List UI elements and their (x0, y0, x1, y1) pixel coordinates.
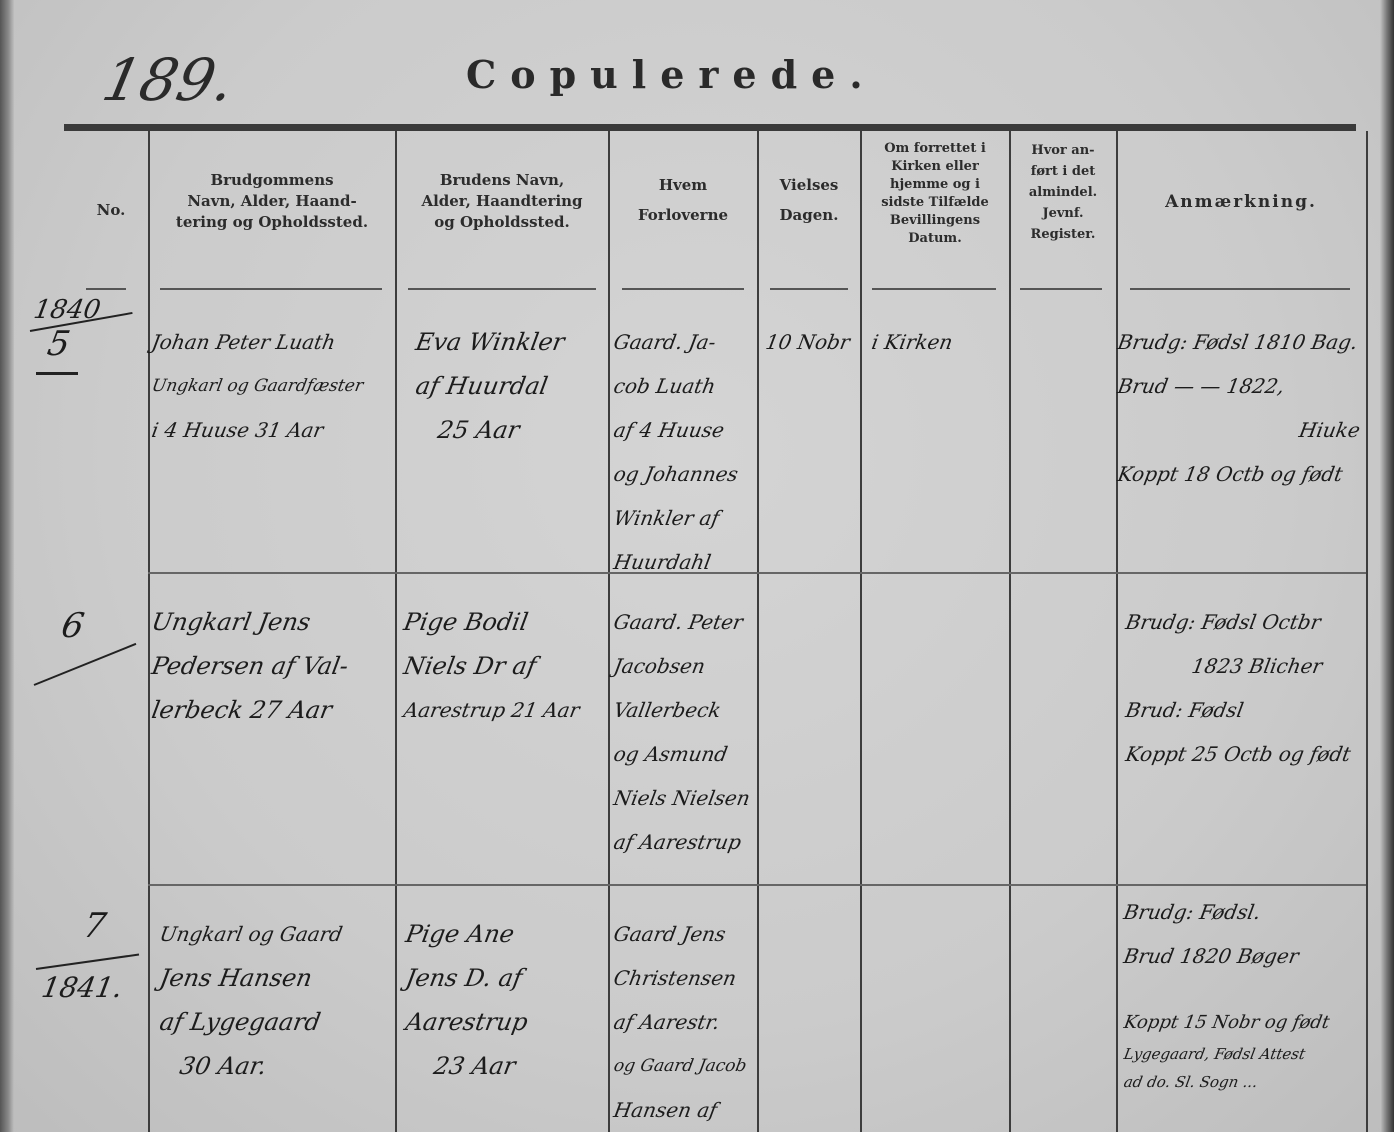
bride-line: 25 Aar (412, 408, 610, 452)
header-line: og Opholdssted. (397, 212, 607, 233)
witness-line: Gaard. Ja- (610, 320, 760, 364)
remark-line: Hiuke (1114, 408, 1368, 452)
column-header-place: Om forrettet i Kirken eller hjemme og i … (862, 140, 1008, 248)
header-line: Hvor an- (1011, 140, 1115, 161)
witnesses-cell: Gaard Jens Christensen af Aarestr. og Ga… (614, 912, 756, 1132)
bride-cell: Pige Bodil Niels Dr af Aarestrup 21 Aar (404, 600, 606, 732)
column-header-register: Hvor an- ført i det almindel. Jevnf. Reg… (1011, 140, 1115, 245)
witness-line: Huurdahl (610, 540, 760, 584)
column-header-date: Vielses Dagen. (759, 170, 859, 230)
header-rule (64, 124, 1356, 131)
register-page: 189. Copulerede. No. Brudgommens Navn, A… (0, 0, 1394, 1132)
header-line: Navn, Alder, Haand- (150, 191, 394, 212)
groom-cell: Ungkarl Jens Pedersen af Val- lerbeck 27… (152, 600, 394, 732)
witness-line: Jacobsen (610, 644, 760, 688)
witnesses-cell: Gaard. Ja- cob Luath af 4 Huuse og Johan… (614, 320, 756, 584)
groom-line: Ungkarl Jens (148, 600, 398, 644)
witness-line: Winkler af (610, 496, 760, 540)
remarks-cell: Brudg: Fødsl Octbr 1823 Blicher Brud: Fø… (1126, 600, 1364, 776)
header-underline (408, 288, 596, 290)
header-line: tering og Opholdssted. (150, 212, 394, 233)
entry-year: 1841. (38, 966, 126, 1010)
groom-line: lerbeck 27 Aar (148, 688, 398, 732)
remark-line: Koppt 18 Octb og født (1114, 452, 1368, 496)
header-line: almindel. (1011, 182, 1115, 203)
bride-line: Aarestrup (402, 1000, 610, 1044)
page-number: 189. (97, 46, 241, 114)
witness-line: og Gaard Jacob (610, 1044, 760, 1088)
groom-line: Pedersen af Val- (148, 644, 398, 688)
remark-line: Brud 1820 Bøger (1120, 934, 1368, 978)
header-underline (622, 288, 744, 290)
witness-line: af Aarestrup (610, 820, 760, 864)
column-header-groom: Brudgommens Navn, Alder, Haand- tering o… (150, 170, 394, 233)
bride-line: af Huurdal (412, 364, 610, 408)
column-header-label: No. (97, 201, 126, 219)
bride-cell: Pige Ane Jens D. af Aarestrup 23 Aar (406, 912, 606, 1088)
remarks-cell: Brudg: Fødsl 1810 Bag. Brud — — 1822, Hi… (1118, 320, 1364, 496)
column-divider (1009, 131, 1011, 1132)
header-line: ført i det (1011, 161, 1115, 182)
remark-line: Brudg: Fødsl 1810 Bag. (1114, 320, 1368, 364)
column-header-bride: Brudens Navn, Alder, Haandtering og Opho… (397, 170, 607, 233)
header-line: Brudens Navn, (397, 170, 607, 191)
remark-line: Brud: Fødsl (1122, 688, 1368, 732)
bride-cell: Eva Winkler af Huurdal 25 Aar (416, 320, 606, 452)
bride-line: Niels Dr af (400, 644, 610, 688)
header-underline (1130, 288, 1350, 290)
groom-cell: Johan Peter Luath Ungkarl og Gaardfæster… (152, 320, 394, 452)
remark-line: 1823 Blicher (1122, 644, 1368, 688)
groom-line: Jens Hansen (156, 956, 398, 1000)
witness-line: og Asmund (610, 732, 760, 776)
entry-number-underline (36, 372, 78, 375)
bride-line: Jens D. af (402, 956, 610, 1000)
row-separator (148, 572, 1366, 574)
book-spine (0, 0, 14, 1132)
header-line: hjemme og i (862, 176, 1008, 194)
header-line: Bevillingens (862, 212, 1008, 230)
bride-line: Eva Winkler (412, 320, 610, 364)
header-underline (770, 288, 848, 290)
witness-line: af Aarestr. (610, 1000, 760, 1044)
witness-line: Niels Nielsen (610, 776, 760, 820)
column-divider (860, 131, 862, 1132)
header-line: Hvem (610, 170, 756, 200)
header-underline (1020, 288, 1102, 290)
groom-line: af Lygegaard (156, 1000, 398, 1044)
remark-line: Lygegaard, Fødsl Attest (1122, 1040, 1367, 1068)
remark-line: Brudg: Fødsl Octbr (1122, 600, 1368, 644)
header-line: Jevnf. (1011, 203, 1115, 224)
ceremony-place: i Kirken (868, 320, 956, 364)
bride-line: Pige Ane (402, 912, 610, 956)
column-divider (757, 131, 759, 1132)
bride-line: Pige Bodil (400, 600, 610, 644)
remark-line: Koppt 15 Nobr og født (1121, 1006, 1367, 1040)
witness-line: og Johannes (610, 452, 760, 496)
header-line: Kirken eller (862, 158, 1008, 176)
column-divider (608, 131, 610, 1132)
column-divider (1366, 131, 1368, 1132)
groom-line: i 4 Huuse 31 Aar (148, 408, 398, 452)
remark-line: Koppt 25 Octb og født (1122, 732, 1368, 776)
bride-line: Aarestrup 21 Aar (400, 688, 610, 732)
header-line: Forloverne (610, 200, 756, 230)
witness-line: af 4 Huuse (610, 408, 760, 452)
header-line: Vielses (759, 170, 859, 200)
header-line: Om forrettet i (862, 140, 1008, 158)
wedding-date: 10 Nobr (762, 320, 853, 364)
witness-line: Gaard Jens (610, 912, 760, 956)
entry-number: 6 (58, 604, 87, 648)
header-line: Register. (1011, 224, 1115, 245)
witness-line: Vallerbeck (610, 688, 760, 732)
column-divider (395, 131, 397, 1132)
page-edge (1380, 0, 1394, 1132)
groom-line: Ungkarl og Gaard (156, 912, 398, 956)
groom-cell: Ungkarl og Gaard Jens Hansen af Lygegaar… (160, 912, 394, 1088)
header-line: Brudgommens (150, 170, 394, 191)
header-line: Datum. (862, 230, 1008, 248)
bride-line: 23 Aar (402, 1044, 610, 1088)
remark-line: Brud — — 1822, (1114, 364, 1368, 408)
witness-line: cob Luath (610, 364, 760, 408)
remark-line: ad do. Sl. Sogn ... (1122, 1068, 1367, 1096)
witness-line: Gaard. Peter (610, 600, 760, 644)
header-line: sidste Tilfælde (862, 194, 1008, 212)
row-separator (148, 884, 1366, 886)
witness-line: Hansen af (610, 1088, 760, 1132)
remark-line: Brudg: Fødsl. (1120, 890, 1368, 934)
header-line: Alder, Haandtering (397, 191, 607, 212)
header-line: Dagen. (759, 200, 859, 230)
witnesses-cell: Gaard. Peter Jacobsen Vallerbeck og Asmu… (614, 600, 756, 864)
entry-number: 7 (80, 904, 109, 948)
groom-line: Ungkarl og Gaardfæster (148, 364, 398, 408)
entry-number-rule (34, 643, 137, 686)
column-divider (1116, 131, 1118, 1132)
groom-line: 30 Aar. (156, 1044, 398, 1088)
page-title: Copulerede. (466, 52, 877, 97)
header-line: Anmærkning. (1165, 192, 1317, 212)
column-header-witnesses: Hvem Forloverne (610, 170, 756, 230)
header-underline (160, 288, 382, 290)
column-header-no: No. (76, 200, 146, 221)
remarks-cell: Brudg: Fødsl. Brud 1820 Bøger Koppt 15 N… (1124, 890, 1364, 1096)
column-header-remarks: Anmærkning. (1118, 192, 1364, 213)
groom-line: Johan Peter Luath (148, 320, 398, 364)
witness-line: Christensen (610, 956, 760, 1000)
header-underline (872, 288, 996, 290)
